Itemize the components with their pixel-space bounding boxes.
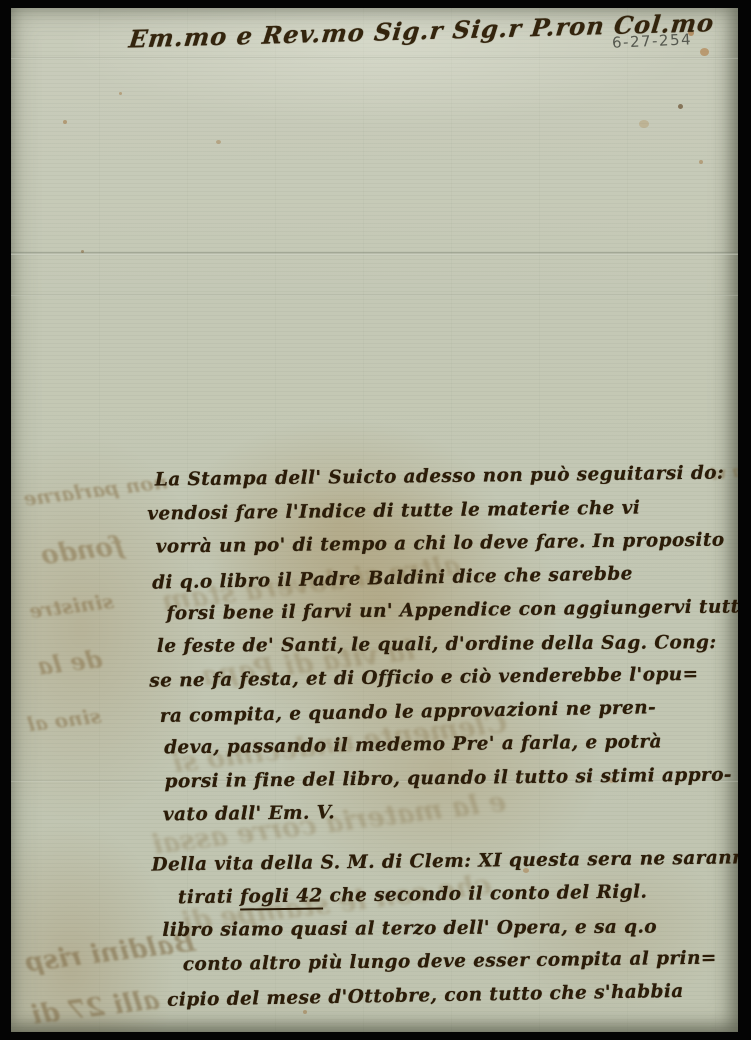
stain-spot <box>216 140 221 144</box>
stain-spot <box>63 120 67 124</box>
paragraph: Della vita della S. M. di Clem: XI quest… <box>151 841 738 1016</box>
stain-spot <box>699 160 703 164</box>
stain-spot <box>119 92 122 95</box>
bleedthrough-text: fondo <box>39 531 125 571</box>
paragraph: La Stampa dell' Suicto adesso non può se… <box>147 456 736 832</box>
text-line: Della vita della S. M. di Clem: XI quest… <box>151 841 736 882</box>
stain-spot <box>678 104 683 109</box>
stain-spot <box>81 250 84 253</box>
text-segment: che secondo il conto del Rigl. <box>323 882 648 907</box>
underlined-text: fogli 42 <box>240 885 323 910</box>
bleedthrough-text: sino al <box>26 704 103 737</box>
manuscript-photo: non parlarne fondo sinistre de la sino a… <box>0 0 751 1040</box>
bleedthrough-text: alli 27 di <box>30 985 162 1030</box>
text-segment: tirati <box>178 886 240 908</box>
archive-number: 6-27-254 <box>612 30 693 51</box>
paper-sheet: non parlarne fondo sinistre de la sino a… <box>11 8 738 1032</box>
text-line: La Stampa dell' Suicto adesso non può se… <box>155 456 732 497</box>
text-line: vato dall' Em. V. <box>163 791 736 831</box>
stain-spot <box>700 48 709 56</box>
letter-body: La Stampa dell' Suicto adesso non può se… <box>147 456 738 1015</box>
salutation-line: Em.mo e Rev.mo Sig.r Sig.r P.ron Col.mo <box>127 12 590 54</box>
fold-crease <box>11 252 738 255</box>
stain-spot <box>639 120 649 128</box>
bleedthrough-text: de la <box>35 644 103 681</box>
fold-crease <box>11 57 738 59</box>
bleedthrough-text: sinistre <box>28 589 115 623</box>
text-line: libro siamo quasi al terzo dell' Opera, … <box>162 909 737 947</box>
text-line: le feste de' Santi, le quali, d'ordine d… <box>157 625 734 663</box>
text-line: porsi in fine del libro, quando il tutto… <box>164 758 735 798</box>
fold-crease <box>11 294 738 296</box>
text-line: tirati fogli 42 che secondo il conto del… <box>178 874 737 914</box>
